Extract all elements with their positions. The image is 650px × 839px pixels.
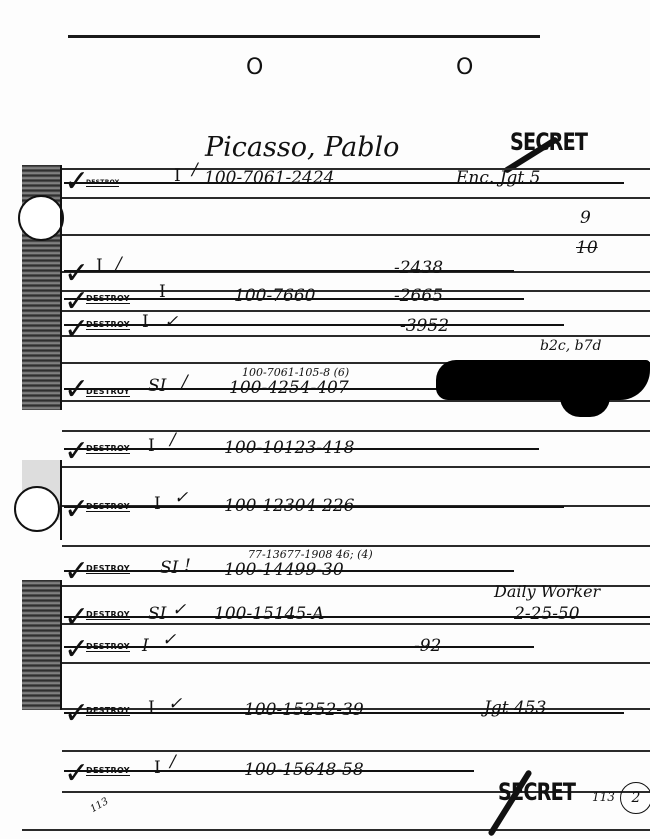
document-page: O O Picasso, Pablo SECRET ✓ DESTROY I / … <box>0 0 650 839</box>
entry-mark: / <box>170 430 176 450</box>
subject-name: Picasso, Pablo <box>205 132 399 163</box>
footer-note-left: 113 <box>89 796 111 815</box>
publication-note: Daily Worker <box>494 582 600 601</box>
entry-row: ✓ DESTROY I 100-7660 -2665 <box>64 290 524 314</box>
entry-row: ✓ DESTROY SI ✓ 100-15145-A Daily Worker … <box>64 606 650 630</box>
margin-note: b2c, b7d <box>540 338 601 354</box>
binding-strip-lower <box>22 580 60 710</box>
page-number: 113 <box>592 790 615 804</box>
punch-mark-left: O <box>246 55 263 80</box>
entry-note: -2665 <box>394 286 443 306</box>
entry-note: -3952 <box>400 316 449 336</box>
file-number: 100-15252-39 <box>244 700 364 720</box>
entry-code: SI <box>148 376 166 396</box>
punch-hole <box>14 486 60 532</box>
entry-row: ✓ DESTROY I / 100-15648-58 <box>64 762 474 786</box>
entry-code: I <box>154 494 161 514</box>
entry-code: I <box>142 312 149 332</box>
destroy-stamp: DESTROY <box>86 610 130 620</box>
entry-note: -2438 <box>394 258 443 278</box>
punch-mark-right: O <box>456 55 473 80</box>
entry-note: 9 <box>580 208 591 228</box>
destroy-stamp: DESTROY <box>86 706 130 716</box>
entry-row: ✓ I / -2438 <box>64 262 524 286</box>
entry-row: ✓ DESTROY SI ! 77-13677-1908 46; (4) 100… <box>64 560 524 584</box>
punch-hole <box>18 195 64 241</box>
margin-line <box>60 460 62 540</box>
entry-mark: ✓ <box>168 694 182 714</box>
entry-code: I <box>96 256 103 276</box>
entry-row: ✓ DESTROY I ✓ -92 <box>64 638 534 662</box>
entry-code: I <box>154 758 161 778</box>
entry-code: I <box>148 436 155 456</box>
entry-mark: ✓ <box>164 312 178 332</box>
entry-row: ✓ DESTROY I / 100-10123-418 <box>64 440 544 464</box>
entry-mark: ! <box>184 556 191 576</box>
circled-number: 2 <box>620 782 650 814</box>
file-number: 100-7061-2424 <box>204 168 334 188</box>
entry-note: 10 <box>576 238 598 258</box>
entry-mark: / <box>170 752 176 772</box>
top-rule <box>68 35 540 38</box>
entry-code: SI <box>160 558 178 578</box>
margin-line <box>60 165 62 410</box>
entry-row: ✓ DESTROY I ✓ 100-12304-226 <box>64 498 574 522</box>
entry-note: Jgt 453 <box>484 698 546 718</box>
destroy-stamp: DESTROY <box>86 564 130 574</box>
redaction-block <box>436 360 650 400</box>
entry-mark: / <box>192 160 198 180</box>
file-number: 100-15145-A <box>214 604 324 624</box>
file-number: 100-7660 <box>234 286 315 306</box>
redaction-block <box>560 395 610 417</box>
entry-code: I <box>148 698 155 718</box>
margin-line <box>60 580 62 710</box>
entry-note: 2-25-50 <box>514 604 580 624</box>
entry-row: ✓ DESTROY I ✓ 100-15252-39 Jgt 453 <box>64 702 624 726</box>
entry-code: SI <box>148 604 166 624</box>
entry-mark: ✓ <box>174 488 188 508</box>
entry-row: ✓ DESTROY I / 100-7061-2424 Enc. Jgt 5 <box>64 170 624 194</box>
entry-row: ✓ DESTROY I ✓ -3952 <box>64 318 564 342</box>
entry-note: Enc. Jgt 5 <box>456 168 540 188</box>
